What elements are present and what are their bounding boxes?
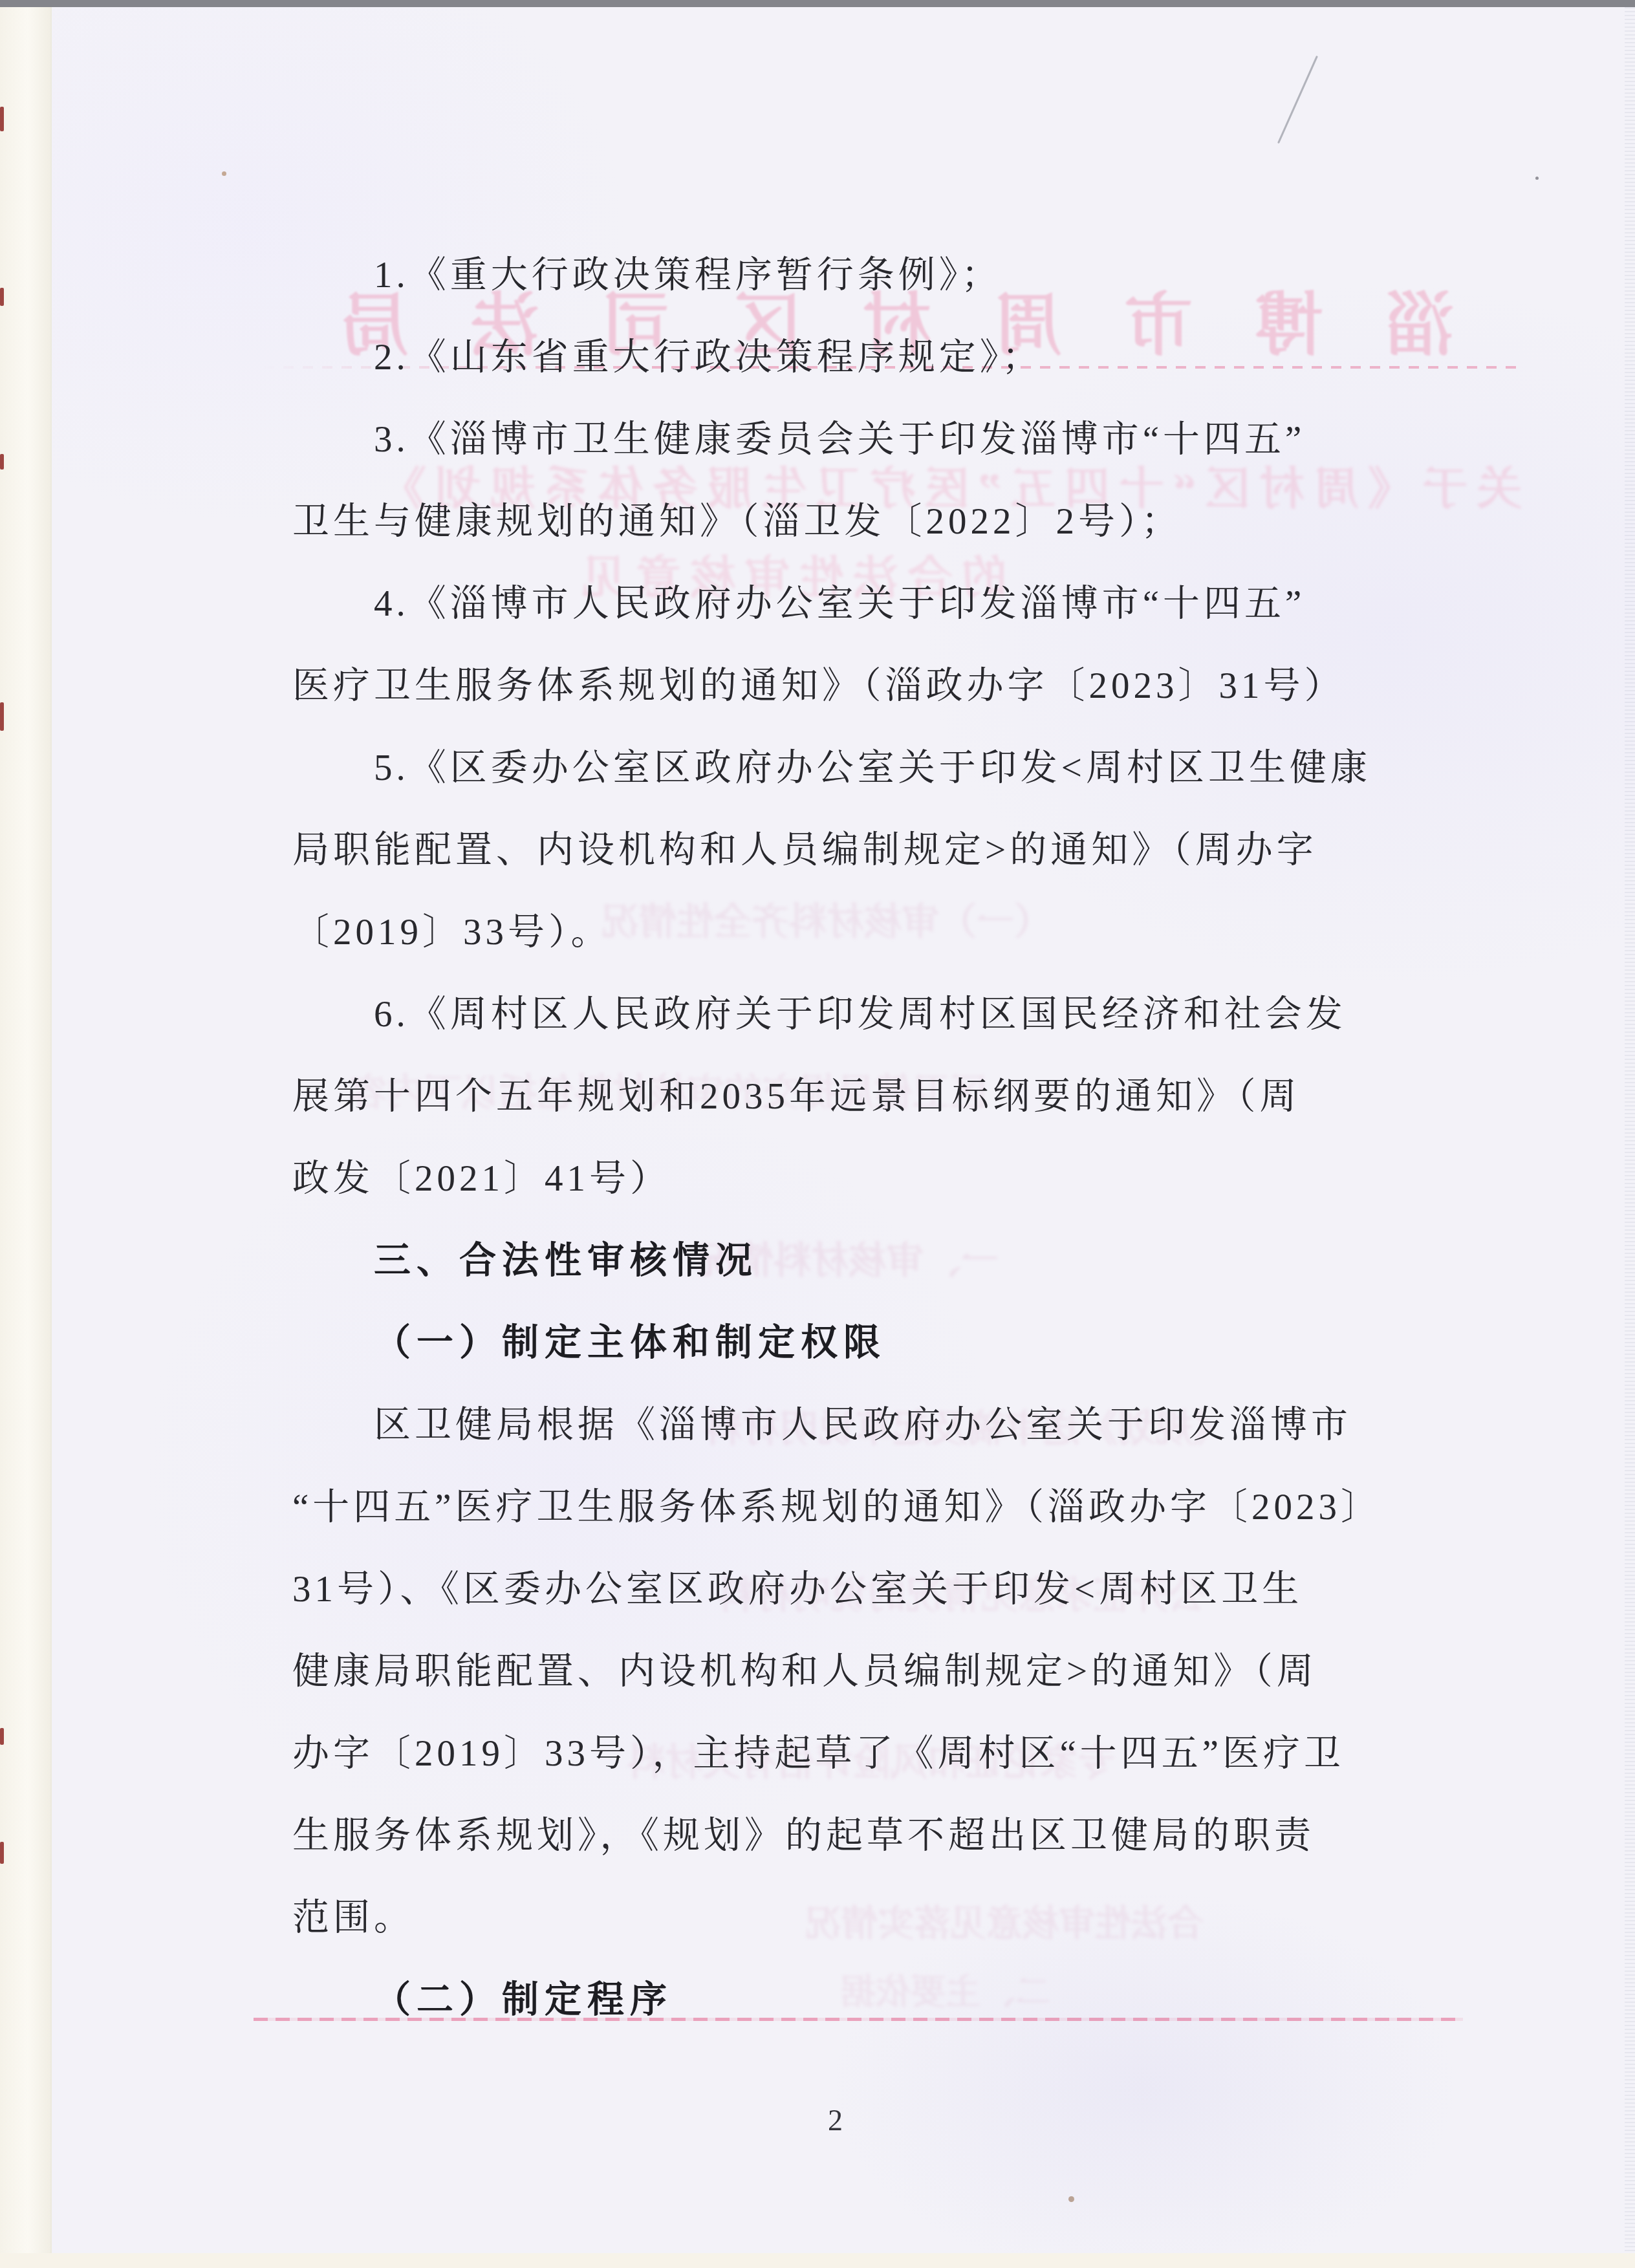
- document-line: 2.《山东省重大行政决策程序规定》；: [292, 316, 1440, 398]
- left-edge-red-tick: [0, 288, 4, 306]
- document-lines: 1.《重大行政决策程序暂行条例》；2.《山东省重大行政决策程序规定》；3.《淄博…: [292, 234, 1440, 2041]
- document-line: 健康局职能配置、内设机构和人员编制规定>的通知》（周: [292, 1630, 1440, 1712]
- document-line: 生服务体系规划》，《规划》的起草不超出区卫健局的职责: [292, 1795, 1440, 1877]
- document-line: 1.《重大行政决策程序暂行条例》；: [292, 234, 1440, 316]
- pencil-scratch-mark: [1277, 56, 1318, 144]
- left-edge-red-tick: [0, 107, 4, 131]
- scanner-right-edge-noise: [1625, 7, 1635, 2253]
- document-line: 办字〔2019〕33号），主持起草了《周村区“十四五”医疗卫: [292, 1712, 1440, 1795]
- document-line: 范围。: [292, 1877, 1440, 1959]
- document-line: （一）制定主体和制定权限: [292, 1302, 1440, 1384]
- scanner-left-margin: [0, 7, 52, 2253]
- document-line: （二）制定程序: [292, 1959, 1440, 2041]
- page-number: 2: [828, 2103, 843, 2137]
- left-edge-red-tick: [0, 1842, 4, 1864]
- left-edge-red-tick: [0, 454, 4, 470]
- document-line: 6.《周村区人民政府关于印发周村区国民经济和社会发: [292, 973, 1440, 1055]
- document-line: 4.《淄博市人民政府办公室关于印发淄博市“十四五”: [292, 563, 1440, 645]
- document-line: “十四五”医疗卫生服务体系规划的通知》（淄政办字〔2023〕: [292, 1466, 1440, 1548]
- document-line: 〔2019〕33号）。: [292, 891, 1440, 973]
- document-line: 31号）、《区委办公室区政府办公室关于印发<周村区卫生: [292, 1548, 1440, 1630]
- document-line: 医疗卫生服务体系规划的通知》（淄政办字〔2023〕31号）: [292, 645, 1440, 727]
- document-line: 5.《区委办公室区政府办公室关于印发<周村区卫生健康: [292, 727, 1440, 809]
- left-edge-red-tick: [0, 702, 4, 731]
- left-edge-red-tick: [0, 1728, 4, 1745]
- scanned-document-page: 淄博市周村区司法局 关于《周村区“十四五”医疗卫生服务体系规划》 的合法性审核意…: [0, 0, 1635, 2268]
- document-line: 区卫健局根据《淄博市人民政府办公室关于印发淄博市: [292, 1384, 1440, 1466]
- scanner-top-edge: [0, 0, 1635, 7]
- document-line: 3.《淄博市卫生健康委员会关于印发淄博市“十四五”: [292, 398, 1440, 481]
- scanner-bottom-margin: [0, 2253, 1635, 2268]
- document-line: 政发〔2021〕41号）: [292, 1138, 1440, 1220]
- document-line: 局职能配置、内设机构和人员编制规定>的通知》（周办字: [292, 809, 1440, 891]
- document-line: 卫生与健康规划的通知》（淄卫发〔2022〕2号）；: [292, 481, 1440, 563]
- dust-speck: [1068, 2196, 1074, 2202]
- document-line: 三、合法性审核情况: [292, 1220, 1440, 1302]
- dust-speck: [222, 171, 226, 176]
- dust-speck: [1535, 177, 1539, 180]
- document-line: 展第十四个五年规划和2035年远景目标纲要的通知》（周: [292, 1055, 1440, 1138]
